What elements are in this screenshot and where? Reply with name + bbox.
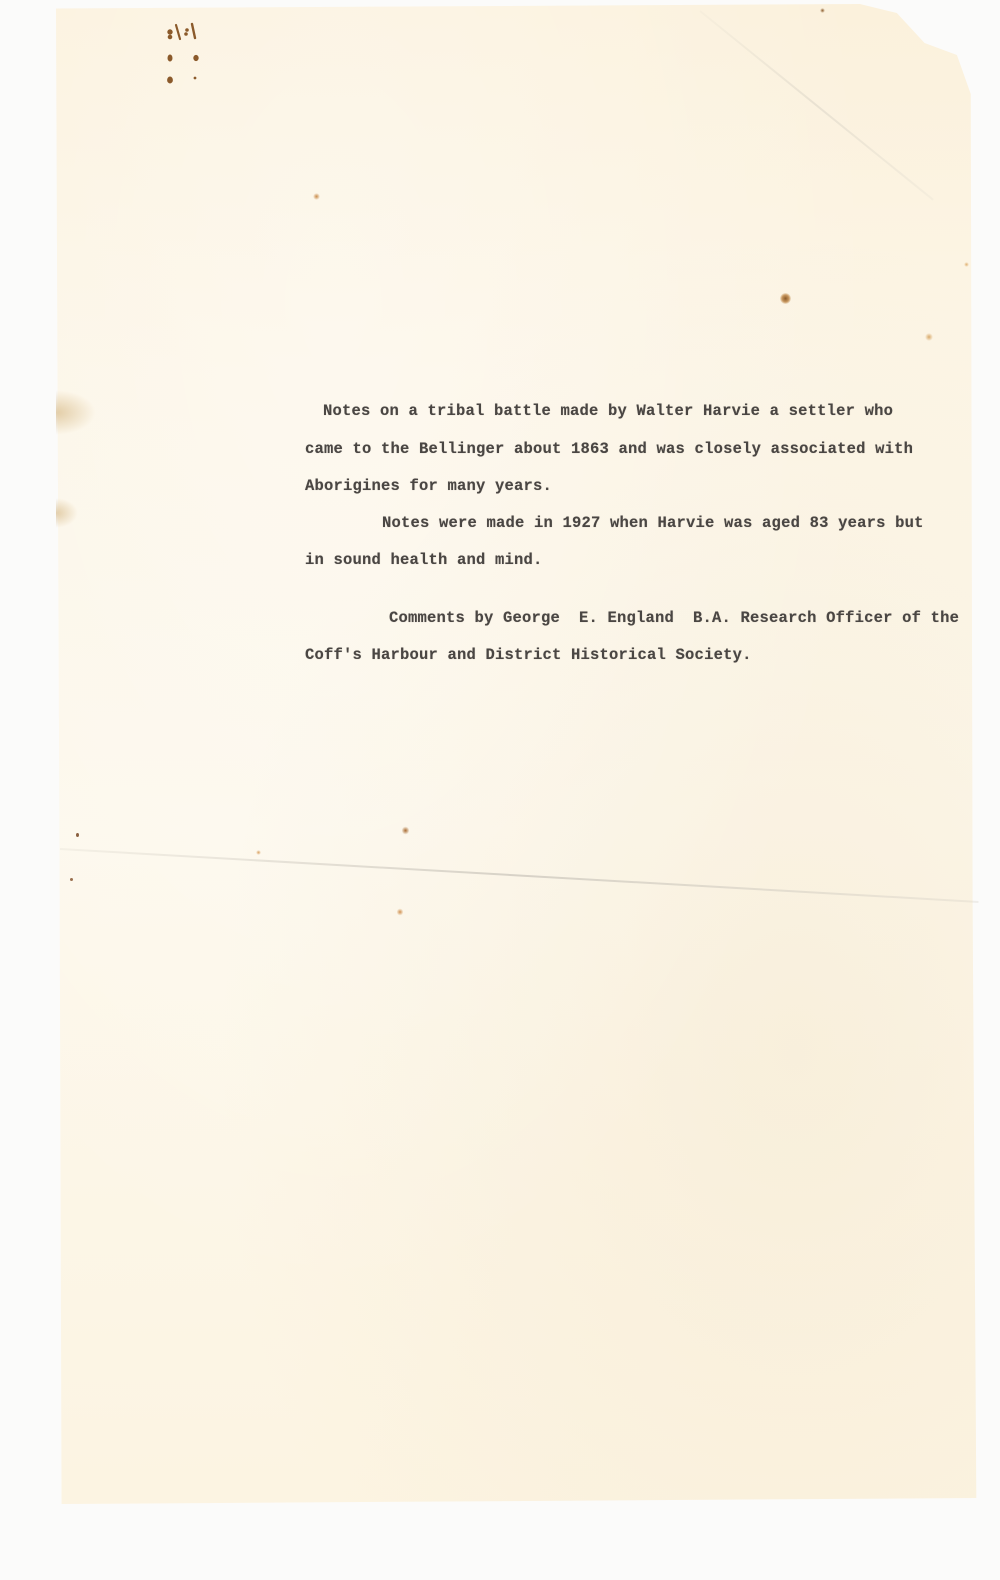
paragraph-1-line-3: Aborigines for many years. xyxy=(305,477,552,495)
paragraph-2-line-2: in sound health and mind. xyxy=(305,551,543,569)
edge-stain xyxy=(56,390,96,435)
paper-sheet xyxy=(56,4,980,1504)
paragraph-2-line-1: Notes were made in 1927 when Harvie was … xyxy=(382,514,924,532)
paragraph-1-line-1: Notes on a tribal battle made by Walter … xyxy=(323,402,893,420)
scanned-page: Notes on a tribal battle made by Walter … xyxy=(0,0,1000,1580)
paragraph-1-line-2: came to the Bellinger about 1863 and was… xyxy=(305,440,913,458)
handwritten-ink-mark xyxy=(162,22,212,92)
paragraph-3-line-1: Comments by George E. England B.A. Resea… xyxy=(389,609,959,627)
paragraph-3-line-2: Coff's Harbour and District Historical S… xyxy=(305,646,752,664)
edge-stain xyxy=(56,498,78,528)
